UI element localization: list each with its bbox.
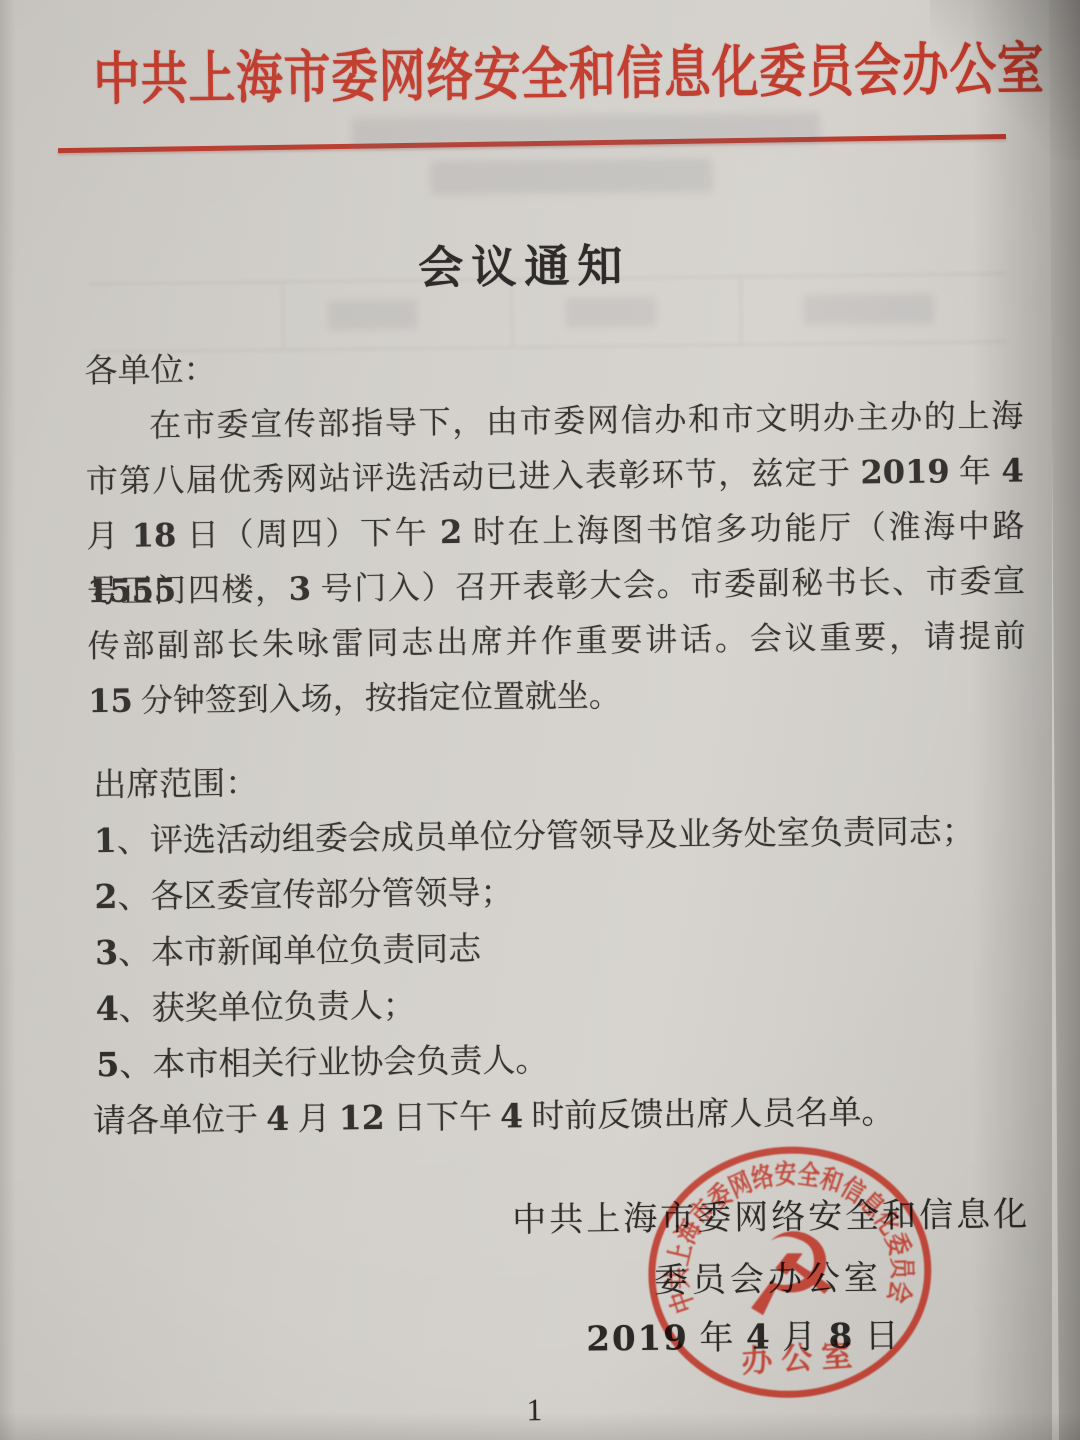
body-line: 传部副部长朱咏雷同志出席并作重要讲话。会议重要，请提前 [87,609,1026,675]
scope-item: 1、评选活动组委会成员单位分管领导及业务处室负责同志； [94,803,976,869]
scope-item: 2、各区委宣传部分管领导； [94,859,976,925]
bleedthrough-ghost-line [352,113,820,148]
document-page: 中共上海市委网络安全和信息化委员会办公室 会议通知 各单位： 在市委宣传部指导下… [0,0,1080,1440]
hammer-sickle-icon: ☭ [736,1207,844,1343]
document-title: 会议通知 [1,224,1048,301]
paper-left-edge-shadow [0,0,16,1440]
attendance-scope-list: 1、评选活动组委会成员单位分管领导及业务处室负责同志； 2、各区委宣传部分管领导… [94,803,978,1093]
scope-item: 5、本市相关行业协会负责人。 [96,1027,978,1093]
official-seal: 中共上海市委网络安全和信息化委员会 ☭ 办公室 [630,1126,949,1419]
body-line: 15 分钟签到入场，按指定位置就坐。 [88,664,1027,730]
page-content: 中共上海市委网络安全和信息化委员会办公室 会议通知 各单位： 在市委宣传部指导下… [0,0,1080,1440]
paper-bottom-shadow [0,1412,1080,1440]
seal-bottom-text: 办公室 [740,1337,862,1380]
attendance-scope-heading: 出席范围： [93,757,259,806]
letterhead-org-name: 中共上海市委网络安全和信息化委员会办公室 [93,21,952,131]
scope-item: 4、获奖单位负责人； [95,971,977,1037]
salutation: 各单位： [84,344,217,392]
body-paragraph: 在市委宣传部指导下，由市委网信办和市文明办主办的上海 市第八届优秀网站评选活动已… [85,389,1027,730]
feedback-deadline-line: 请各单位于 4 月 12 日下午 4 时前反馈出席人员名单。 [93,1086,895,1142]
bleedthrough-ghost-line [430,158,712,195]
scope-item: 3、本市新闻单位负责同志 [95,915,977,981]
page-curl-shadow [972,0,1052,1440]
corner-shadow [930,0,1080,160]
